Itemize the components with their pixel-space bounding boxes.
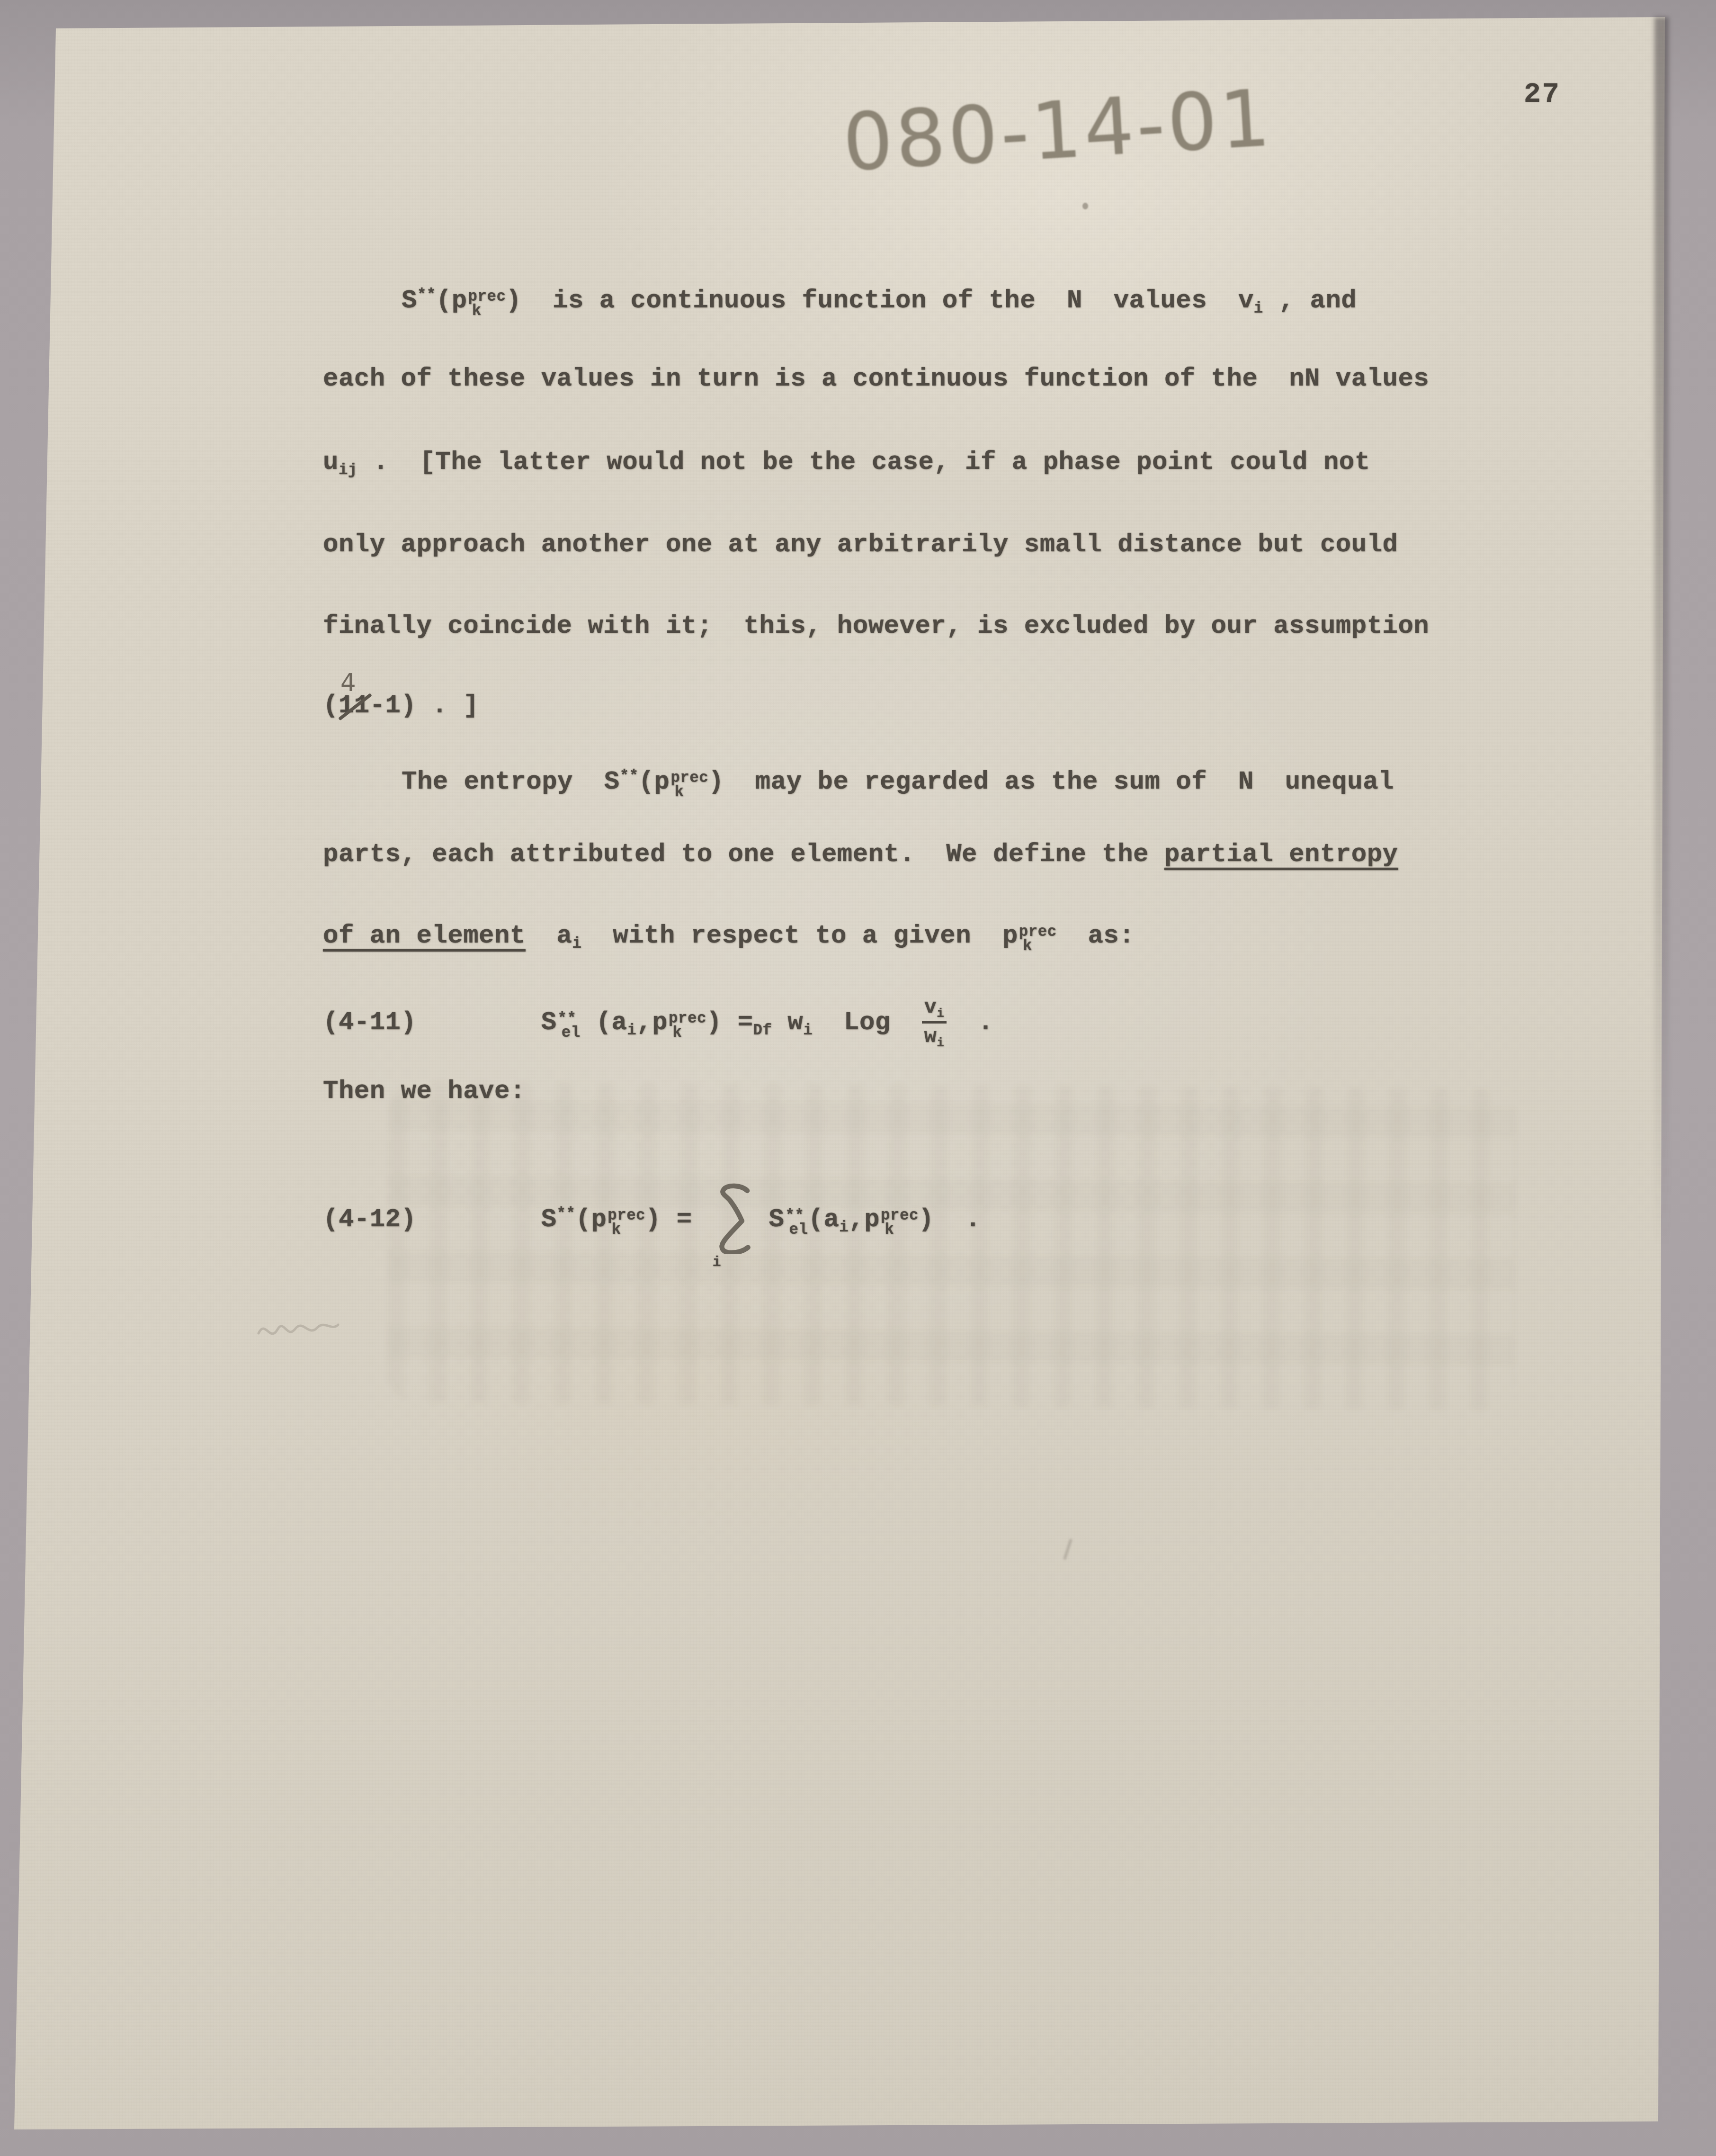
sup-sub-stack: preck — [881, 1209, 919, 1237]
paragraph-1-line-2: each of these values in turn is a contin… — [323, 367, 1429, 392]
text-run: ) = — [645, 1205, 708, 1234]
text-run: each of these values in turn is a contin… — [323, 365, 1429, 394]
text-run: (4-12) S — [323, 1205, 557, 1234]
subscript: i — [839, 1219, 849, 1236]
text-run: parts, each attributed to one element. W… — [323, 840, 1164, 869]
paragraph-1-line-6: (114-1) . ] — [323, 693, 479, 719]
paragraph-1-line-1: S**(ppreck) is a continuous function of … — [402, 282, 1357, 322]
equation-4-12: (4-12) S**(ppreck) = i S**el(ai,ppreck) … — [323, 1183, 981, 1275]
underlined-text: partial entropy — [1164, 840, 1398, 869]
text-run: u — [323, 448, 339, 477]
paper-edge-shadow — [1654, 17, 1669, 1249]
text-run: w — [772, 1008, 803, 1037]
paragraph-2-line-2: parts, each attributed to one element. W… — [323, 842, 1398, 868]
sup-sub-stack: preck — [669, 1012, 706, 1040]
scanned-page: 27 080-14-01 S**(ppreck) is a continuous… — [0, 0, 1716, 2156]
paragraph-2-line-1: The entropy S**(ppreck) may be regarded … — [402, 764, 1394, 800]
text-run: (p — [575, 1205, 607, 1234]
text-run: ) . — [919, 1205, 981, 1234]
paragraph-2-line-3: of an element ai with respect to a given… — [323, 924, 1135, 957]
paragraph-1-line-3: uij . [The latter would not be the case,… — [323, 450, 1370, 483]
handwritten-summation: i — [708, 1183, 753, 1275]
text-run: ( — [323, 692, 339, 720]
sup-sub-stack: **el — [786, 1209, 808, 1237]
text-run: The entropy S — [402, 768, 620, 797]
typed-correction: 114 — [339, 693, 370, 719]
subscript: i — [937, 1006, 944, 1021]
text-run: as: — [1057, 922, 1135, 951]
sup-sub-stack: **el — [558, 1012, 581, 1040]
text-run: . — [947, 1008, 993, 1037]
sup-sub-stack: preck — [1019, 925, 1057, 953]
text-run: finally coincide with it; this, however,… — [323, 612, 1429, 641]
text-run: with respect to a given p — [581, 922, 1018, 951]
subscript: ij — [339, 461, 357, 479]
superscript: ** — [620, 767, 639, 785]
subscript: i — [937, 1036, 944, 1050]
text-run: a — [526, 922, 572, 951]
text-run: -1) . ] — [370, 692, 479, 720]
text-run: Then we have: — [323, 1077, 526, 1106]
text-run: ) = — [706, 1008, 753, 1037]
equation-4-11: (4-11) S**el (ai,ppreck) =Df wi Log viwi… — [323, 997, 993, 1050]
text-run: v — [924, 996, 937, 1019]
text-run: S — [402, 287, 417, 315]
summation-icon — [708, 1183, 753, 1254]
paragraph-1-line-4: only approach another one at any arbitra… — [323, 532, 1398, 558]
text-run: w — [924, 1025, 937, 1048]
superscript: ** — [417, 286, 436, 304]
subscript: i — [572, 935, 582, 952]
paragraph-3-line-1: Then we have: — [323, 1079, 526, 1105]
text-run: , and — [1263, 287, 1357, 315]
text-run: (a — [808, 1205, 839, 1234]
sup-sub-stack: preck — [670, 771, 708, 800]
sup-sub-stack: preck — [608, 1209, 645, 1237]
text-run: only approach another one at any arbitra… — [323, 530, 1398, 559]
subscript: Df — [753, 1022, 772, 1039]
text-run: S — [753, 1205, 785, 1234]
text-run: (a — [581, 1008, 627, 1037]
text-run: ,p — [636, 1008, 668, 1037]
paper-sheet: 27 080-14-01 S**(ppreck) is a continuous… — [0, 0, 1716, 2156]
superscript: ** — [557, 1205, 576, 1222]
underlined-text: of an element — [323, 922, 526, 951]
typed-text: S**(ppreck) is a continuous function of … — [0, 0, 1716, 2156]
subscript: i — [627, 1022, 636, 1039]
text-run: (p — [436, 287, 467, 315]
subscript: i — [803, 1022, 813, 1039]
text-run: ) may be regarded as the sum of N unequa… — [708, 768, 1394, 797]
subscript: i — [1254, 300, 1263, 317]
fraction: viwi — [922, 997, 947, 1050]
text-run: ,p — [849, 1205, 880, 1234]
text-run: . [The latter would not be the case, if … — [357, 448, 1370, 477]
paragraph-1-line-5: finally coincide with it; this, however,… — [323, 614, 1429, 639]
text-run: (p — [639, 768, 670, 797]
text-run: ) is a continuous function of the N valu… — [506, 287, 1253, 315]
handwritten-correction: 4 — [340, 670, 356, 696]
text-run: (4-11) S — [323, 1008, 557, 1037]
text-run: Log — [813, 1008, 921, 1037]
sup-sub-stack: preck — [468, 290, 506, 318]
